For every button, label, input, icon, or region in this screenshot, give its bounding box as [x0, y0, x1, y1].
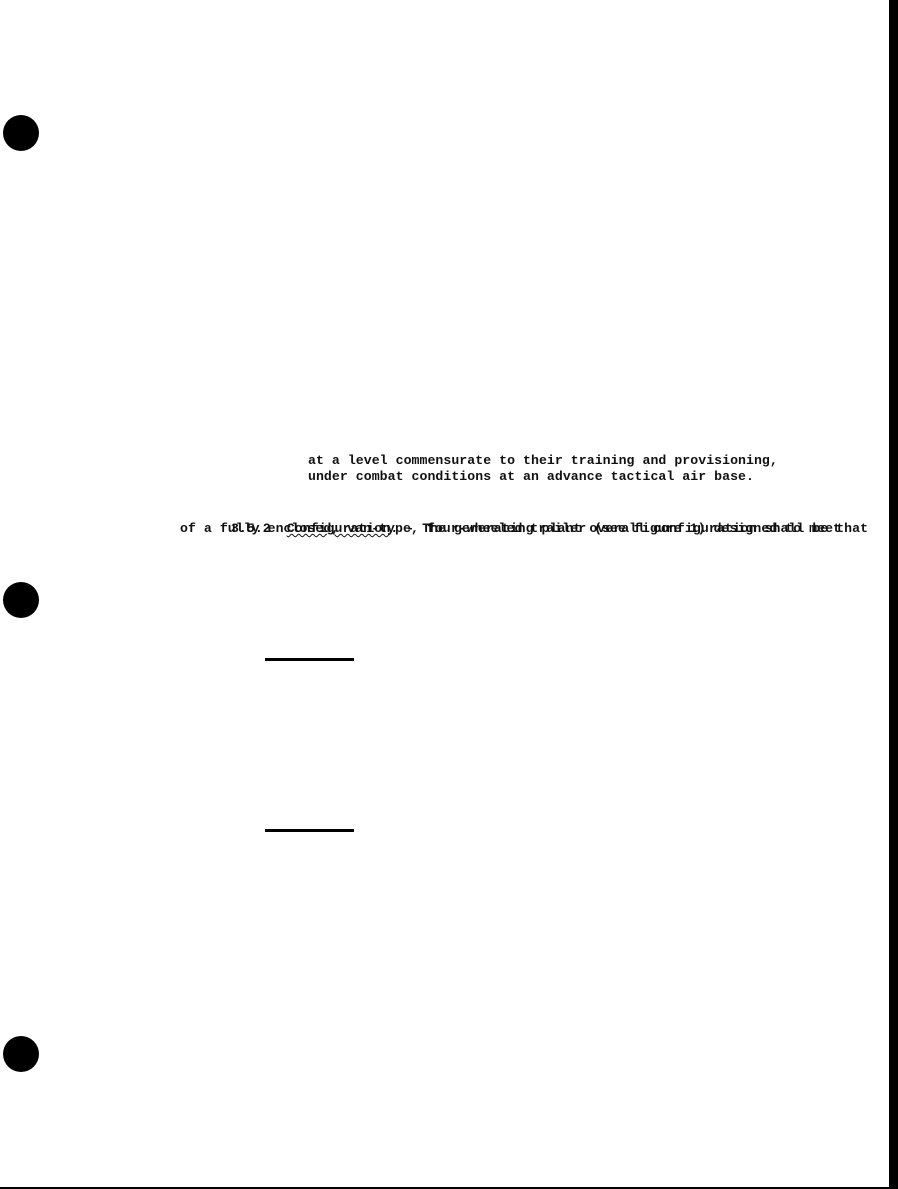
section-paragraph-line-2: of a fully enclosed, van-type, four-whee… — [180, 521, 841, 537]
blank-underline-2 — [265, 829, 354, 832]
scan-edge-bar — [889, 0, 898, 1189]
punch-hole-middle — [3, 582, 39, 618]
continuation-line-1: at a level commensurate to their trainin… — [308, 453, 778, 469]
continuation-line-2: under combat conditions at an advance ta… — [308, 469, 754, 485]
punch-hole-bottom — [3, 1036, 39, 1072]
blank-underline-1 — [265, 658, 354, 661]
punch-hole-top — [3, 115, 39, 151]
